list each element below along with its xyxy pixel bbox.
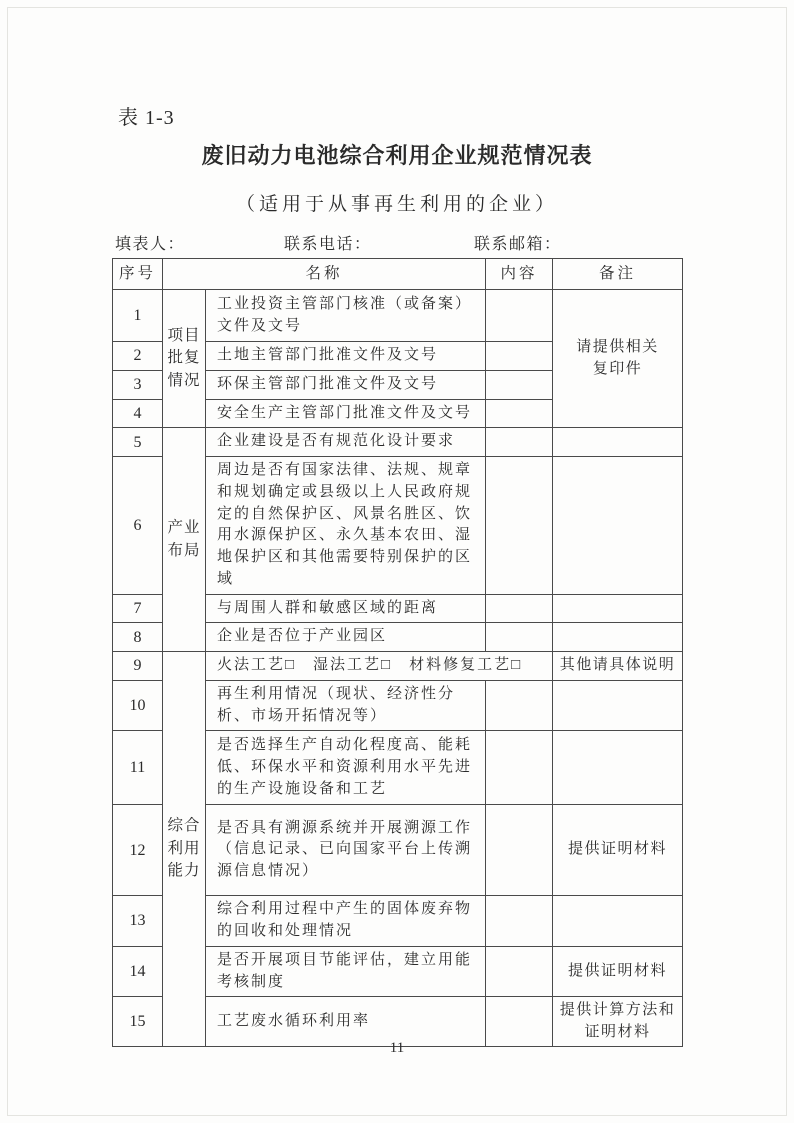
content-cell: [486, 805, 553, 896]
content-cell: [486, 399, 553, 428]
row-remark: [553, 680, 683, 731]
header-index: 序号: [113, 259, 163, 290]
content-cell: [486, 428, 553, 457]
row-index: 8: [113, 623, 163, 652]
row-remark: [553, 896, 683, 947]
row-index: 1: [113, 290, 163, 342]
content-cell: [486, 680, 553, 731]
document-title: 废旧动力电池综合利用企业规范情况表: [0, 139, 794, 170]
row-name: 工业投资主管部门核准（或备案）文件及文号: [206, 290, 486, 342]
table-row: 5 产业 布局 企业建设是否有规范化设计要求: [113, 428, 683, 457]
content-cell: [486, 290, 553, 342]
row-remark: 其他请具体说明: [553, 652, 683, 681]
header-remark: 备注: [553, 259, 683, 290]
row-name: 环保主管部门批准文件及文号: [206, 370, 486, 399]
header-name: 名称: [163, 259, 486, 290]
content-cell: [486, 342, 553, 371]
content-cell: [486, 946, 553, 997]
row-index: 11: [113, 731, 163, 805]
group-label-utilization-capability: 综合 利用 能力: [163, 652, 206, 1047]
row-name: 企业建设是否有规范化设计要求: [206, 428, 486, 457]
row-remark: [553, 623, 683, 652]
row-remark: [553, 457, 683, 595]
row-index: 5: [113, 428, 163, 457]
group-label-project-approval: 项目 批复 情况: [163, 290, 206, 428]
table-row: 1 项目 批复 情况 工业投资主管部门核准（或备案）文件及文号 请提供相关 复印…: [113, 290, 683, 342]
document-page: 表 1-3 废旧动力电池综合利用企业规范情况表 （适用于从事再生利用的企业） 填…: [0, 0, 794, 1123]
group-label-industry-layout: 产业 布局: [163, 428, 206, 652]
row-index: 3: [113, 370, 163, 399]
header-content: 内容: [486, 259, 553, 290]
filler-name-label: 填表人：: [115, 231, 185, 254]
row-name: 是否具有溯源系统并开展溯源工作（信息记录、已向国家平台上传溯源信息情况）: [206, 805, 486, 896]
row-index: 13: [113, 896, 163, 947]
content-cell: [486, 623, 553, 652]
table-number-label: 表 1-3: [118, 101, 175, 130]
row-name: 是否选择生产自动化程度高、能耗低、环保水平和资源利用水平先进的生产设施设备和工艺: [206, 731, 486, 805]
content-cell: [486, 731, 553, 805]
document-subtitle: （适用于从事再生利用的企业）: [0, 189, 794, 216]
row-index: 14: [113, 946, 163, 997]
table-header-row: 序号 名称 内容 备注: [113, 259, 683, 290]
page-number: 11: [0, 1040, 794, 1057]
row-index: 4: [113, 399, 163, 428]
row-name: 与周围人群和敏感区域的距离: [206, 594, 486, 623]
table-row: 9 综合 利用 能力 火法工艺□ 湿法工艺□ 材料修复工艺□ 其他请具体说明: [113, 652, 683, 681]
row-name-process-checkboxes: 火法工艺□ 湿法工艺□ 材料修复工艺□: [206, 652, 553, 681]
row-name: 土地主管部门批准文件及文号: [206, 342, 486, 371]
row-name: 安全生产主管部门批准文件及文号: [206, 399, 486, 428]
row-index: 12: [113, 805, 163, 896]
row-index: 9: [113, 652, 163, 681]
row-name: 再生利用情况（现状、经济性分析、市场开拓情况等）: [206, 680, 486, 731]
row-remark: [553, 594, 683, 623]
row-remark: [553, 731, 683, 805]
row-name: 企业是否位于产业园区: [206, 623, 486, 652]
content-cell: [486, 896, 553, 947]
row-remark: 请提供相关 复印件: [553, 290, 683, 428]
content-cell: [486, 370, 553, 399]
content-cell: [486, 457, 553, 595]
row-name: 是否开展项目节能评估，建立用能考核制度: [206, 946, 486, 997]
row-remark: [553, 428, 683, 457]
row-name: 周边是否有国家法律、法规、规章和规划确定或县级以上人民政府规定的自然保护区、风景…: [206, 457, 486, 595]
row-remark: 提供证明材料: [553, 946, 683, 997]
compliance-table: 序号 名称 内容 备注 1 项目 批复 情况 工业投资主管部门核准（或备案）文件…: [112, 258, 683, 1047]
row-index: 7: [113, 594, 163, 623]
contact-email-label: 联系邮箱：: [474, 231, 562, 254]
row-name: 综合利用过程中产生的固体废弃物的回收和处理情况: [206, 896, 486, 947]
contact-phone-label: 联系电话：: [284, 231, 372, 254]
row-remark: 提供证明材料: [553, 805, 683, 896]
content-cell: [486, 594, 553, 623]
row-index: 10: [113, 680, 163, 731]
row-index: 6: [113, 457, 163, 595]
row-index: 2: [113, 342, 163, 371]
